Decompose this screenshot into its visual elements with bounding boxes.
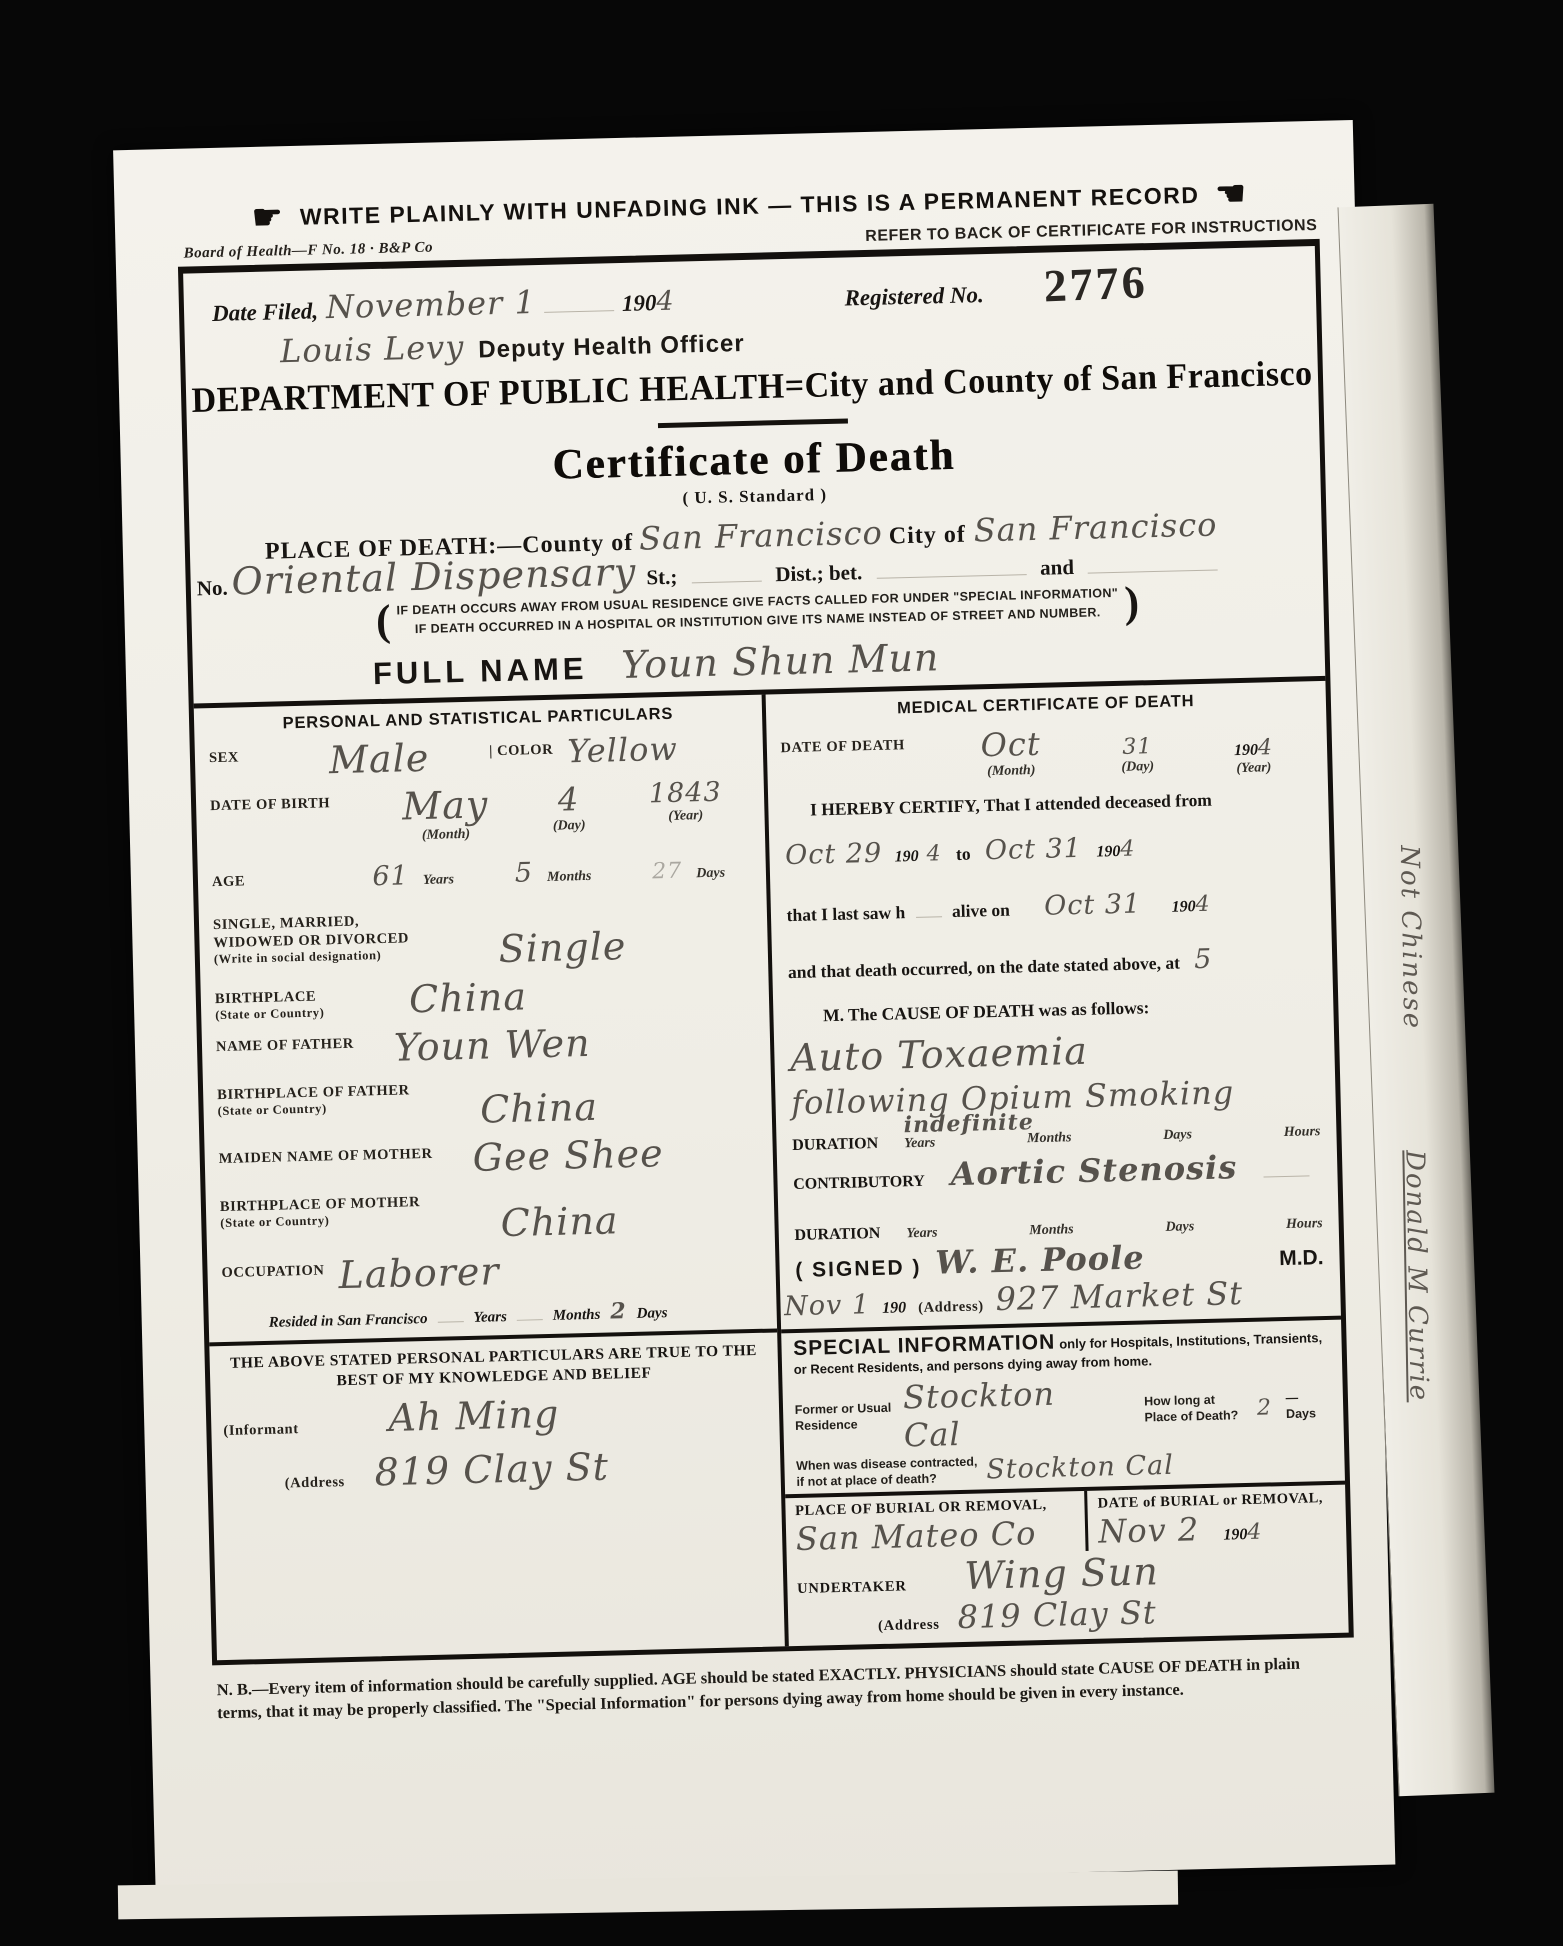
attest-section: THE ABOVE STATED PERSONAL PARTICULARS AR…	[209, 1328, 781, 1508]
margin-note-part1: Not Chinese	[1394, 845, 1427, 1030]
mother-name-label: MAIDEN NAME OF MOTHER	[218, 1136, 432, 1167]
officer-signature: Louis Levy	[280, 328, 465, 370]
howlong-label: How long at Place of Death?	[1144, 1393, 1243, 1427]
informant-address-label: (Address	[284, 1465, 345, 1493]
dod-year-digit: 4	[1258, 735, 1274, 760]
birthplace-sub: (State or Country)	[215, 1005, 325, 1023]
howlong-value: 2	[1257, 1395, 1273, 1420]
dod-month-sub: (Month)	[987, 762, 1036, 779]
signed-label: ( SIGNED )	[795, 1255, 922, 1282]
age-years-value: 61	[372, 860, 409, 892]
county-value: San Francisco	[639, 514, 884, 558]
open-paren: (	[376, 603, 392, 639]
marital-label: SINGLE, MARRIED, WIDOWED OR DIVORCED (Wr…	[213, 902, 429, 967]
informant-address-value: 819 Clay St	[374, 1444, 609, 1494]
certificate-page: ☛ WRITE PLAINLY WITH UNFADING INK — THIS…	[113, 120, 1395, 1895]
occupation-value: Laborer	[338, 1249, 500, 1297]
duration-days-col: Days	[1163, 1127, 1192, 1146]
burial-place-value: San Mateo Co	[795, 1515, 1036, 1559]
from-year-print: 190	[894, 848, 918, 866]
sex-value: Male	[329, 735, 430, 781]
no-label: No.	[197, 576, 229, 602]
occurred-time-value: 5	[1194, 943, 1213, 974]
pointing-hand-left-icon: ☚	[1215, 177, 1248, 212]
resided-days-sub: Days	[636, 1305, 667, 1323]
date-filed-label: Date Filed,	[212, 298, 319, 327]
dob-month-value: May	[402, 782, 489, 828]
registered-no-value: 2776	[1042, 255, 1148, 312]
date-of-birth-label: DATE OF BIRTH	[210, 785, 371, 815]
contracted-value: Stockton Cal	[986, 1450, 1174, 1486]
dod-month-value: Oct	[980, 724, 1041, 763]
occurred-line: and that death occurred, on the date sta…	[788, 952, 1180, 982]
full-name-value: Youn Shun Mun	[621, 635, 940, 687]
contracted-label: When was disease contracted, if not at p…	[796, 1454, 987, 1490]
undertaker-address-value: 819 Clay St	[957, 1594, 1157, 1637]
age-months-sub: Months	[547, 868, 592, 884]
to-label: to	[956, 844, 971, 864]
burial-date-value: Nov 2	[1098, 1511, 1200, 1551]
marital-row: SINGLE, MARRIED, WIDOWED OR DIVORCED (Wr…	[198, 884, 767, 980]
age-months-value: 5	[514, 857, 533, 888]
lastsaw-line1: that I last saw h	[786, 902, 905, 925]
undertaker-label: UNDERTAKER	[797, 1579, 907, 1599]
dist-label: Dist.; bet.	[775, 560, 862, 587]
duration2-label: DURATION	[794, 1224, 880, 1244]
dob-day-sub: (Day)	[553, 817, 586, 834]
certify-line1: I HEREBY CERTIFY, That I attended deceas…	[810, 789, 1212, 819]
st-label: St.;	[646, 565, 678, 591]
resided-label: Resided in San Francisco	[269, 1310, 428, 1331]
street-value: Oriental Dispensary	[231, 550, 637, 604]
former-residence-label: Former or Usual Residence	[795, 1401, 904, 1435]
signed-date-value: Nov 1	[784, 1289, 871, 1322]
resided-months-sub: Months	[553, 1306, 601, 1324]
date-filed-year-print: 190	[622, 290, 657, 317]
howlong-days-label: — Days	[1286, 1390, 1332, 1422]
age-days-sub: Days	[696, 865, 725, 881]
lastsaw-line2: alive on	[952, 900, 1010, 921]
date-filed-year-digit: 4	[656, 286, 675, 317]
dob-year-value: 1843	[648, 776, 721, 809]
father-name-label: NAME OF FATHER	[216, 1026, 354, 1055]
burial-date-label: DATE of BURIAL or REMOVAL,	[1097, 1491, 1323, 1512]
contributory-value: Aortic Stenosis	[950, 1148, 1237, 1193]
cause-of-death-value: Auto Toxaemia following Opium Smoking	[774, 1022, 1336, 1127]
contributory-label: CONTRIBUTORY	[793, 1172, 925, 1193]
duration-hours-col: Hours	[1284, 1124, 1321, 1143]
special-information-title: SPECIAL INFORMATION	[793, 1330, 1056, 1359]
father-birthplace-value: China	[480, 1084, 599, 1131]
burial-section: PLACE OF BURIAL OR REMOVAL, San Mateo Co…	[785, 1481, 1347, 1559]
medical-column: MEDICAL CERTIFICATE OF DEATH DATE OF DEA…	[765, 680, 1348, 1646]
mother-name-value: Gee Shee	[472, 1131, 664, 1180]
duration2-months-col: Months	[1029, 1222, 1074, 1239]
cause-header-line: M. The CAUSE OF DEATH was as follows:	[823, 998, 1150, 1026]
special-information-section: SPECIAL INFORMATION only for Hospitals, …	[781, 1315, 1345, 1494]
sex-label: SEX	[209, 738, 330, 767]
city-of-label: City of	[889, 522, 967, 551]
registered-no-label: Registered No.	[844, 282, 984, 311]
burial-year-digit: 4	[1247, 1520, 1263, 1545]
personal-column: PERSONAL AND STATISTICAL PARTICULARS SEX…	[194, 694, 789, 1661]
title-divider	[658, 418, 848, 428]
cause-line1: Auto Toxaemia	[790, 1029, 1089, 1080]
color-label: | COLOR	[489, 732, 554, 760]
attended-from-value: Oct 29	[785, 838, 883, 871]
md-label: M.D.	[1279, 1246, 1324, 1271]
dod-year-sub: (Year)	[1236, 760, 1271, 777]
attest-text: THE ABOVE STATED PERSONAL PARTICULARS AR…	[222, 1340, 766, 1394]
duration-hw-value: indefinite	[903, 1109, 1034, 1138]
occupation-label: OCCUPATION	[221, 1253, 325, 1282]
signed-address-label: (Address)	[918, 1297, 984, 1317]
city-value: San Francisco	[973, 505, 1218, 549]
mother-birthplace-value: China	[500, 1198, 619, 1245]
age-days-value: 27	[652, 858, 683, 884]
lastsaw-value: Oct 31	[1044, 888, 1142, 921]
to-year-digit: 4	[1120, 837, 1136, 862]
duration2-years-col: Years	[906, 1225, 938, 1242]
signed-year-print: 190	[882, 1299, 906, 1318]
duration-label: DURATION	[792, 1134, 878, 1154]
birthplace-label: BIRTHPLACE (State or Country)	[214, 979, 324, 1023]
resided-days-value: 2	[610, 1298, 627, 1324]
close-paren: )	[1124, 585, 1140, 621]
former-residence-value: Stockton Cal	[902, 1373, 1121, 1454]
dob-year-sub: (Year)	[668, 808, 703, 825]
dod-year-print: 190	[1234, 741, 1258, 759]
birthplace-value: China	[409, 974, 528, 1021]
burial-date-cell: DATE of BURIAL or REMOVAL, Nov 2 1904	[1087, 1485, 1346, 1551]
date-filed-value: November 1	[326, 283, 537, 326]
dod-day-sub: (Day)	[1121, 759, 1154, 776]
dod-day-value: 31	[1122, 734, 1153, 760]
father-birthplace-label: BIRTHPLACE OF FATHER (State or Country)	[217, 1073, 410, 1119]
signed-address-value: 927 Market St	[995, 1274, 1243, 1318]
informant-label: (Informant	[223, 1406, 299, 1440]
certificate-form-box: Date Filed, November 1 1904 Registered N…	[178, 239, 1354, 1666]
age-years-sub: Years	[423, 872, 454, 888]
burial-year-print: 190	[1223, 1526, 1247, 1544]
two-column-area: PERSONAL AND STATISTICAL PARTICULARS SEX…	[194, 675, 1349, 1660]
date-of-death-label: DATE OF DEATH	[780, 727, 941, 757]
mother-birthplace-label: BIRTHPLACE OF MOTHER (State or Country)	[220, 1185, 421, 1232]
resided-years-sub: Years	[473, 1309, 507, 1327]
officer-title: Deputy Health Officer	[478, 330, 745, 365]
to-year-print: 190	[1096, 843, 1120, 861]
nb-footnote: N. B.—Every item of information should b…	[216, 1653, 1311, 1724]
undertaker-value: Wing Sun	[964, 1550, 1159, 1599]
pointing-hand-right-icon: ☛	[252, 200, 285, 235]
informant-value: Ah Ming	[388, 1392, 560, 1440]
full-name-label: FULL NAME	[373, 650, 588, 691]
undertaker-address-label: (Address	[878, 1617, 940, 1636]
burial-place-cell: PLACE OF BURIAL OR REMOVAL, San Mateo Co	[785, 1491, 1089, 1558]
color-value: Yellow	[567, 729, 678, 770]
duration2-days-col: Days	[1165, 1219, 1194, 1236]
father-name-value: Youn Wen	[393, 1020, 591, 1069]
attended-to-value: Oct 31	[985, 833, 1083, 866]
physician-signature: W. E. Poole	[935, 1238, 1145, 1281]
dob-day-value: 4	[557, 780, 579, 819]
margin-note-part2: Donald M Currie	[1399, 1150, 1433, 1403]
and-label: and	[1040, 555, 1074, 581]
certify-paragraph: I HEREBY CERTIFY, That I attended deceas…	[768, 774, 1334, 1035]
marital-value: Single	[498, 924, 627, 971]
lastsaw-year-print: 190	[1171, 898, 1195, 916]
duration2-hours-col: Hours	[1286, 1216, 1323, 1233]
board-of-health-text: Board of Health—F No. 18 · B&P Co	[183, 240, 433, 263]
dob-month-sub: (Month)	[422, 826, 471, 843]
from-year-digit: 4	[926, 842, 942, 867]
age-label: AGE	[212, 861, 343, 890]
lastsaw-year-digit: 4	[1195, 892, 1211, 917]
